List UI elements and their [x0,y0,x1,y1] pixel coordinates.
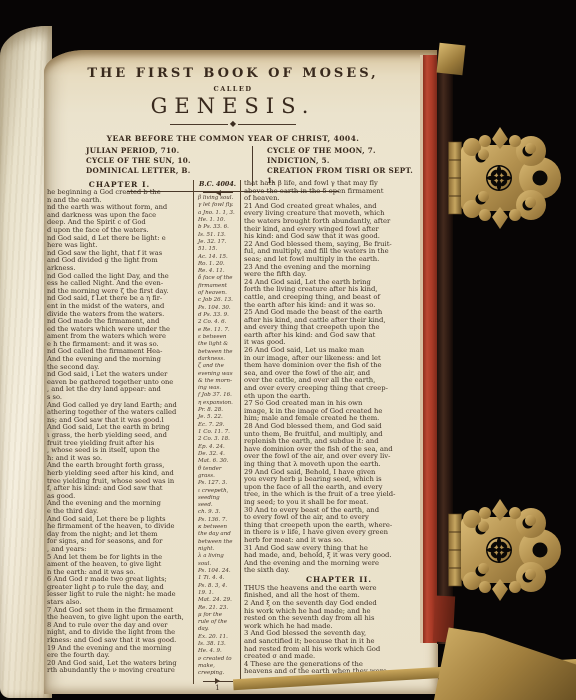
text-line: 1 Co. 11. 7. [196,429,239,436]
text-line: ι creepeth, [196,488,239,495]
text-line: ing was. [196,385,239,392]
text-columns: CHAPTER I. he beginning a God created b … [44,180,436,696]
text-line: c Job 26. 13. [196,297,239,304]
column-divider-left [193,180,194,684]
text-line: f Job 37. 16. [196,392,239,399]
text-line: β living soul. [196,195,239,202]
text-line: Ps. 127. 3. [196,480,239,487]
date-range-arrow-icon [203,192,233,193]
ornament-bar-right [238,124,296,125]
text-line: Is. 51. 13. [196,232,239,239]
text-line: evening was [196,371,239,378]
ornament-bar-left [170,124,228,125]
text-line: the light & [196,341,239,348]
diamond-ornament-icon: ◆ [228,120,238,128]
text-line: ch. 9. 3. [196,509,239,516]
text-line: , and let the dry land appear: and [47,386,192,394]
text-line: λ a living [196,553,239,560]
text-line: De. 32. 4. [196,451,239,458]
bottom-rule-arrow-icon [203,681,233,682]
text-line: μ for the [196,612,239,619]
text-line: Ep. 4. 24. [196,444,239,451]
text-line: DOMINICAL LETTER, B. [86,166,252,176]
text-line: d Ps. 33. 9. [196,312,239,319]
text-line: Ex. 20. 11. [196,634,239,641]
book-title: THE FIRST BOOK OF MOSES, [44,66,422,81]
text-line: Ps. 104. 30. [196,305,239,312]
text-line: JULIAN PERIOD, 710. [86,146,252,156]
text-line: Je. 5. 22. [196,414,239,421]
bc-date-heading: B.C. 4004. [196,180,239,189]
text-line: & the morn- [196,378,239,385]
text-line: between the [196,539,239,546]
text-line: between the [196,349,239,356]
left-text-column: CHAPTER I. he beginning a God created b … [47,180,192,675]
text-line: soul. [196,561,239,568]
text-line: Mat. 24. 29. [196,597,239,604]
text-line: INDICTION, 5. [267,156,422,166]
text-line: rth abundantly the ν moving creature [47,667,192,675]
photo-background: THE FIRST BOOK OF MOSES, CALLED GENESIS.… [0,0,576,700]
column-divider-right [240,180,241,684]
text-line: grass. [196,473,239,480]
called-label: CALLED [44,85,422,93]
text-line: CYCLE OF THE MOON, 7. [267,146,422,156]
text-line: 51. 15. [196,246,239,253]
text-line: Ps. 8. 3, 4. [196,583,239,590]
brass-clasp-bottom-icon [448,499,562,601]
ornament-row: ◆ [44,120,422,128]
margin-notes: β living soul.γ let fowl fly.a Jno. 1. 1… [196,195,239,678]
text-line: Ac. 14. 15. [196,254,239,261]
text-line: Ec. 7. 29. [196,422,239,429]
text-line: make, [196,663,239,670]
book-name: GENESIS. [44,94,422,118]
right-column-verses-chapter2: THUS the heavens and the earth werefinis… [244,585,434,676]
text-line: a Jno. 1. 1, 3. [196,210,239,217]
text-line: γ let fowl fly. [196,202,239,209]
text-line: the sixth day. [244,567,434,575]
gilt-corner-top [437,43,466,76]
text-line: 2 Co. 3. 18. [196,436,239,443]
text-line: Ro. 1. 20. [196,261,239,268]
left-column-verses: he beginning a God created b then and th… [47,189,192,675]
text-line: CYCLE OF THE SUN, 10. [86,156,252,166]
text-line: 2 Co. 4. 6. [196,319,239,326]
text-line: η expansion. [196,400,239,407]
text-line: κ between [196,524,239,531]
page-header: THE FIRST BOOK OF MOSES, CALLED GENESIS.… [44,66,422,192]
bible-page: THE FIRST BOOK OF MOSES, CALLED GENESIS.… [44,50,438,694]
text-line: 19. 1. [196,590,239,597]
text-line: θ tender [196,466,239,473]
text-line: seed. [196,502,239,509]
text-line: ε between [196,334,239,341]
text-line: darkness. [196,356,239,363]
text-line: δ face of the [196,275,239,282]
text-line: Re. 21. 23. [196,605,239,612]
text-line: He. 4. 9. [196,648,239,655]
text-line: 1 Ti. 4. 4. [196,575,239,582]
text-line: Pr. 8. 28. [196,407,239,414]
gilt-corner-bottom [428,626,576,700]
text-line: of heaven. [196,290,239,297]
text-line: Is. 38. 13. [196,641,239,648]
text-line: firmament [196,283,239,290]
text-line: night. [196,546,239,553]
text-line: rule of the [196,619,239,626]
right-text-column: that hath β life, and fowl γ that may fl… [244,180,434,685]
text-line: day. [196,626,239,633]
text-line: Ps. 136. 7. [196,517,239,524]
text-line: ζ and the [196,363,239,370]
text-line: the day and [196,531,239,538]
text-line: Ps. 104. 24. [196,568,239,575]
text-line: Mat. 6. 30. [196,458,239,465]
text-line: Je. 32. 17. [196,239,239,246]
brass-clasp-top-icon [448,127,562,229]
year-before-christ-line: YEAR BEFORE THE COMMON YEAR OF CHRIST, 4… [44,134,422,143]
text-line: seeding [196,495,239,502]
text-line: Re. 4. 11. [196,268,239,275]
text-line: creeping. [196,670,239,677]
right-column-verses: that hath β life, and fowl γ that may fl… [244,180,434,575]
text-line: He. 1. 10. [196,217,239,224]
text-line: b Ps. 33. 6. [196,224,239,231]
text-line: ν created to [196,656,239,663]
text-line: e Re. 11. 7. [196,327,239,334]
margin-reference-column: B.C. 4004. β living soul.γ let fowl fly.… [196,180,239,693]
red-stained-page-edge [420,55,437,643]
